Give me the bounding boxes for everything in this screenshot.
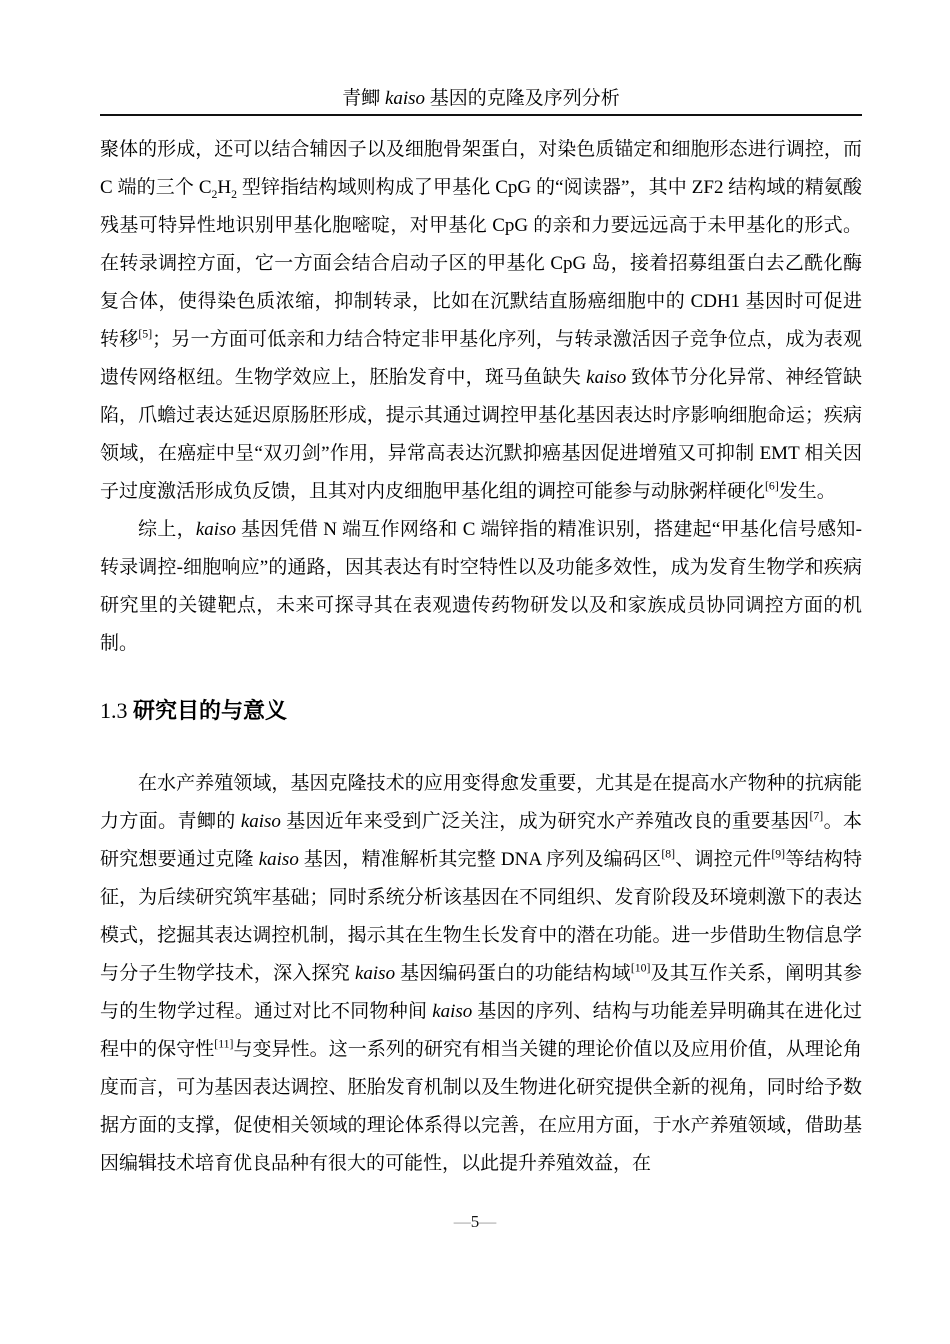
text-segment: kaiso	[355, 963, 395, 984]
section-number: 1.3	[100, 698, 133, 723]
reference-superscript: [6]	[765, 480, 779, 493]
paragraph: 综上，kaiso 基因凭借 N 端互作网络和 C 端锌指的精准识别，搭建起“甲基…	[100, 511, 862, 663]
text-segment: 基因的克隆及序列分析	[425, 88, 620, 109]
text-segment: 型锌指结构域则构成了甲基化 CpG 的“阅读器”，其中 ZF2 结构域的精氨酸残…	[100, 177, 862, 350]
page-footer: —5—	[0, 1212, 950, 1232]
page-header: 青鲫 kaiso 基因的克隆及序列分析	[100, 86, 862, 116]
text-segment: H	[217, 177, 231, 198]
reference-superscript: [9]	[771, 848, 785, 861]
paragraph: 聚体的形成，还可以结合辅因子以及细胞骨架蛋白，对染色质锚定和细胞形态进行调控，而…	[100, 131, 862, 511]
document-page: 青鲫 kaiso 基因的克隆及序列分析 聚体的形成，还可以结合辅因子以及细胞骨架…	[0, 0, 950, 1344]
text-segment: kaiso	[241, 811, 281, 832]
reference-superscript: [5]	[138, 328, 152, 341]
text-segment: kaiso	[586, 367, 626, 388]
text-segment: 与变异性。这一系列的研究有相当关键的理论价值以及应用价值，从理论角度而言，可为基…	[100, 1039, 862, 1174]
text-segment: 、调控元件	[675, 849, 771, 870]
page-number-right-dash: —	[479, 1212, 496, 1231]
reference-superscript: [11]	[214, 1038, 233, 1051]
paragraph: 在水产养殖领域，基因克隆技术的应用变得愈发重要，尤其是在提高水产物种的抗病能力方…	[100, 765, 862, 1183]
page-content-area: 青鲫 kaiso 基因的克隆及序列分析 聚体的形成，还可以结合辅因子以及细胞骨架…	[0, 0, 950, 1183]
text-segment: 青鲫	[342, 88, 385, 109]
text-segment: 基因编码蛋白的功能结构域	[395, 963, 631, 984]
text-segment: 基因，精准解析其完整 DNA 序列及编码区	[299, 849, 662, 870]
text-segment: kaiso	[432, 1001, 472, 1022]
text-segment: kaiso	[196, 519, 236, 540]
reference-superscript: [8]	[661, 848, 675, 861]
text-segment: kaiso	[259, 849, 299, 870]
section-heading: 1.3 研究目的与意义	[100, 697, 862, 725]
reference-superscript: [7]	[809, 810, 823, 823]
text-segment: 基因近年来受到广泛关注，成为研究水产养殖改良的重要基因	[281, 811, 810, 832]
text-segment: kaiso	[385, 88, 425, 109]
page-number-left-dash: —	[454, 1212, 471, 1231]
section-title: 研究目的与意义	[133, 698, 287, 723]
running-title: 青鲫 kaiso 基因的克隆及序列分析	[342, 88, 620, 109]
page-number: 5	[471, 1212, 480, 1231]
text-segment: 发生。	[779, 481, 836, 502]
reference-superscript: [10]	[631, 962, 651, 975]
text-segment: 综上，	[138, 519, 196, 540]
document-body: 聚体的形成，还可以结合辅因子以及细胞骨架蛋白，对染色质锚定和细胞形态进行调控，而…	[100, 116, 862, 1183]
